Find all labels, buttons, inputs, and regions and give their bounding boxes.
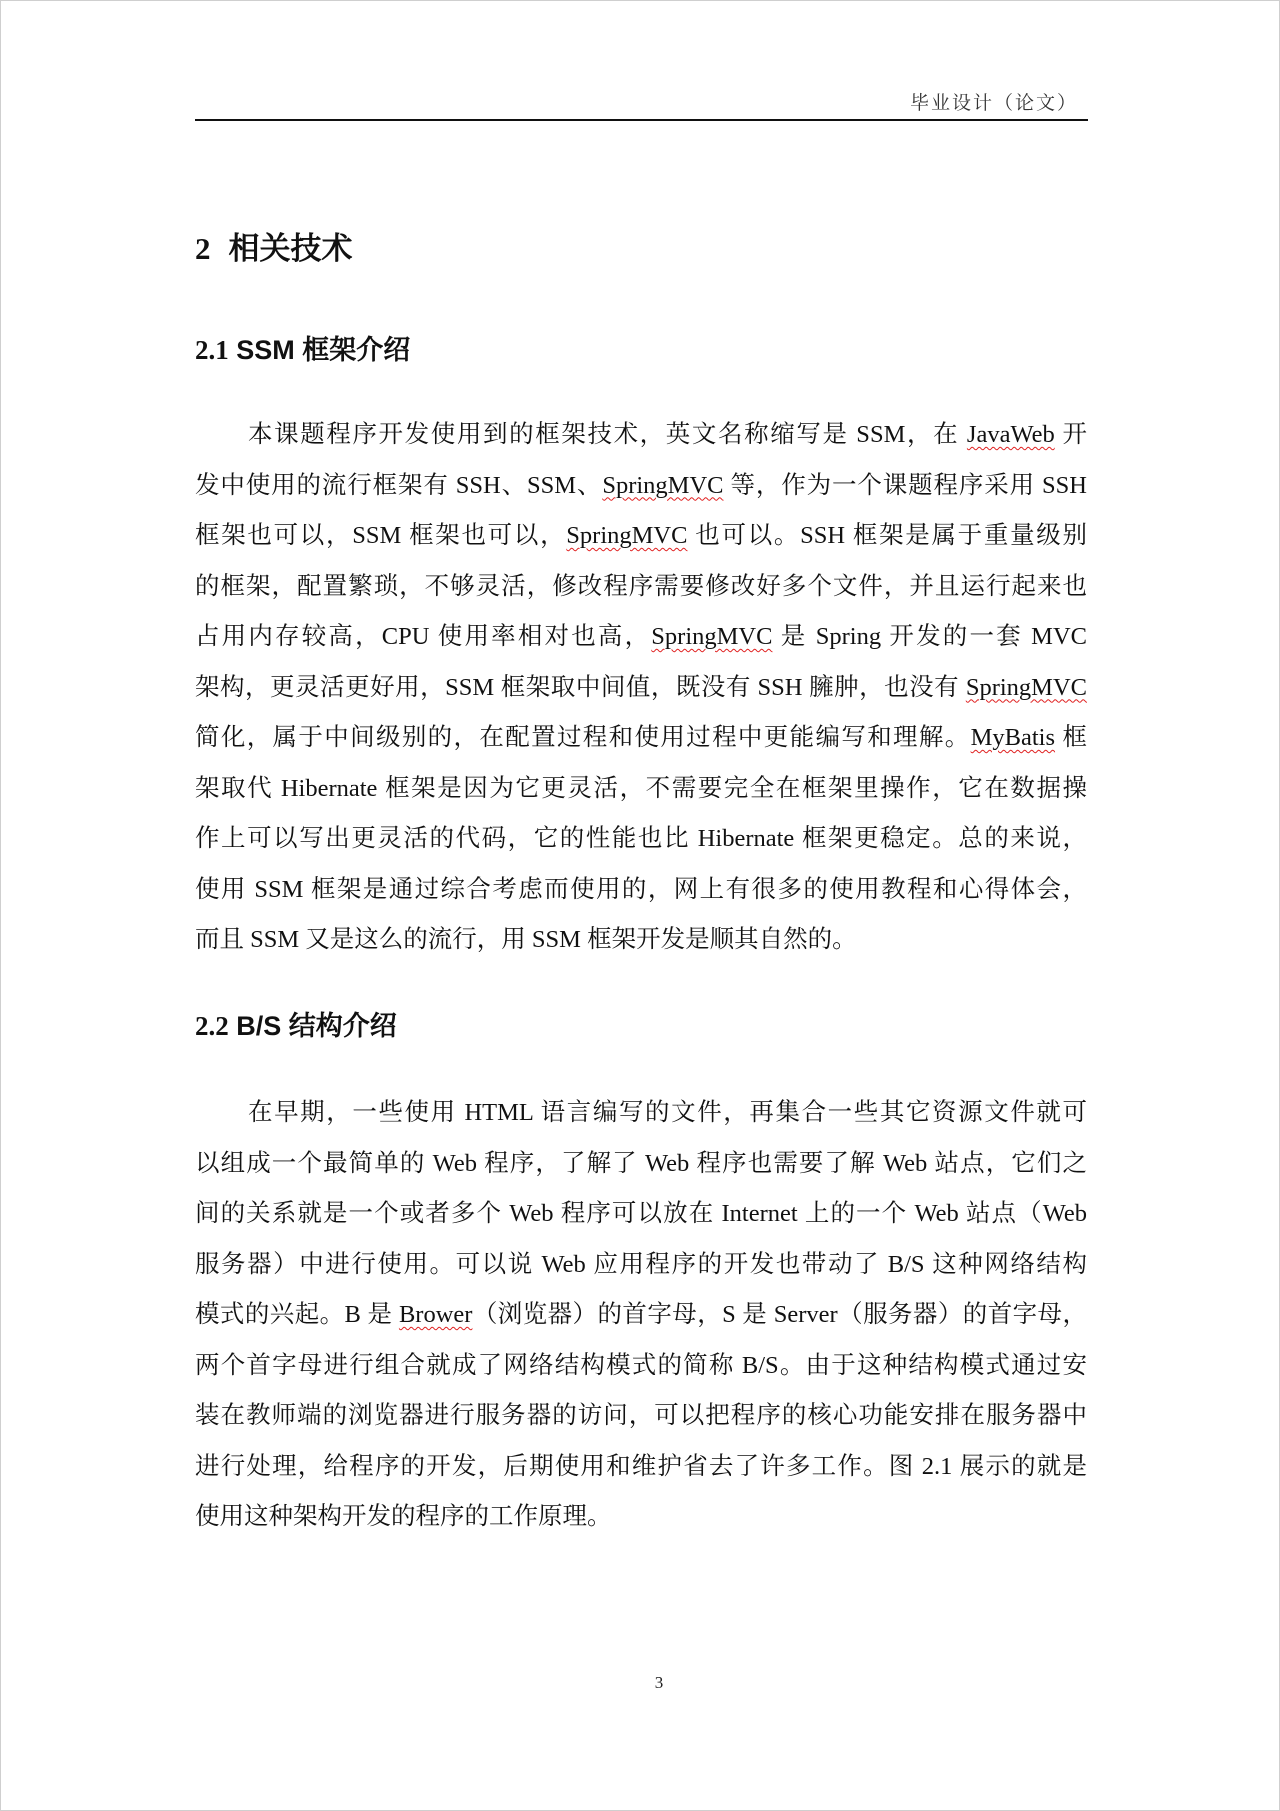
running-header: 毕业设计（论文）: [195, 91, 1088, 117]
section-title: SSM 框架介绍: [236, 335, 410, 365]
text-line: 以组成一个最简单的 Web 程序，了解了 Web 程序也需要了解 Web 站点，…: [195, 1139, 1087, 1190]
spellcheck-flagged-word[interactable]: SpringMVC: [566, 522, 687, 549]
section-number: 2.2: [195, 1011, 229, 1041]
text-line: 架取代 Hibernate 框架是因为它更灵活，不需要完全在框架里操作，它在数据…: [195, 764, 1087, 815]
text-line: 服务器）中进行使用。可以说 Web 应用程序的开发也带动了 B/S 这种网络结构: [195, 1240, 1087, 1291]
spellcheck-flagged-word[interactable]: SpringMVC: [602, 472, 723, 499]
chapter-number: 2: [195, 231, 211, 266]
spellcheck-flagged-word[interactable]: JavaWeb: [967, 421, 1055, 448]
text-line: 简化，属于中间级别的，在配置过程和使用过程中更能编写和理解。MyBatis 框: [195, 713, 1087, 764]
text-line: 架构，更灵活更好用，SSM 框架取中间值，既没有 SSH 臃肿，也没有 Spri…: [195, 663, 1087, 714]
chapter-title: 相关技术: [229, 231, 353, 266]
spellcheck-flagged-word[interactable]: SpringMVC: [966, 674, 1087, 701]
section-title: B/S 结构介绍: [236, 1011, 397, 1041]
text-line: 占用内存较高，CPU 使用率相对也高，SpringMVC 是 Spring 开发…: [195, 612, 1087, 663]
paragraph-bs: 在早期，一些使用 HTML 语言编写的文件，再集合一些其它资源文件就可以组成一个…: [195, 1088, 1087, 1543]
section-heading-2-1: 2.1 SSM 框架介绍: [195, 332, 410, 368]
text-line: 而且 SSM 又是这么的流行，用 SSM 框架开发是顺其自然的。: [195, 915, 1087, 966]
page-number: 3: [641, 1671, 677, 1695]
spellcheck-flagged-word[interactable]: MyBatis: [971, 724, 1055, 751]
text-line: 的框架，配置繁琐，不够灵活，修改程序需要修改好多个文件，并且运行起来也: [195, 562, 1087, 613]
text-line: 两个首字母进行组合就成了网络结构模式的简称 B/S。由于这种结构模式通过安: [195, 1341, 1087, 1392]
spellcheck-flagged-word[interactable]: SpringMVC: [651, 623, 772, 650]
header-rule: [195, 119, 1088, 121]
document-page: 毕业设计（论文） 2相关技术 2.1 SSM 框架介绍 本课题程序开发使用到的框…: [0, 0, 1280, 1811]
text-line: 作上可以写出更灵活的代码，它的性能也比 Hibernate 框架更稳定。总的来说…: [195, 814, 1087, 865]
chapter-heading: 2相关技术: [195, 229, 353, 269]
text-line: 本课题程序开发使用到的框架技术，英文名称缩写是 SSM，在 JavaWeb 开: [195, 410, 1087, 461]
text-line: 使用 SSM 框架是通过综合考虑而使用的，网上有很多的使用教程和心得体会，: [195, 865, 1087, 916]
text-line: 使用这种架构开发的程序的工作原理。: [195, 1492, 1087, 1543]
paragraph-ssm: 本课题程序开发使用到的框架技术，英文名称缩写是 SSM，在 JavaWeb 开发…: [195, 410, 1087, 966]
spellcheck-flagged-word[interactable]: Brower: [399, 1301, 472, 1328]
text-line: 发中使用的流行框架有 SSH、SSM、SpringMVC 等，作为一个课题程序采…: [195, 461, 1087, 512]
text-line: 间的关系就是一个或者多个 Web 程序可以放在 Internet 上的一个 We…: [195, 1189, 1087, 1240]
text-line: 进行处理，给程序的开发，后期使用和维护省去了许多工作。图 2.1 展示的就是: [195, 1442, 1087, 1493]
section-heading-2-2: 2.2 B/S 结构介绍: [195, 1008, 397, 1044]
text-line: 模式的兴起。B 是 Brower（浏览器）的首字母，S 是 Server（服务器…: [195, 1290, 1087, 1341]
text-line: 框架也可以，SSM 框架也可以，SpringMVC 也可以。SSH 框架是属于重…: [195, 511, 1087, 562]
section-number: 2.1: [195, 335, 229, 365]
text-line: 装在教师端的浏览器进行服务器的访问，可以把程序的核心功能安排在服务器中: [195, 1391, 1087, 1442]
text-line: 在早期，一些使用 HTML 语言编写的文件，再集合一些其它资源文件就可: [195, 1088, 1087, 1139]
